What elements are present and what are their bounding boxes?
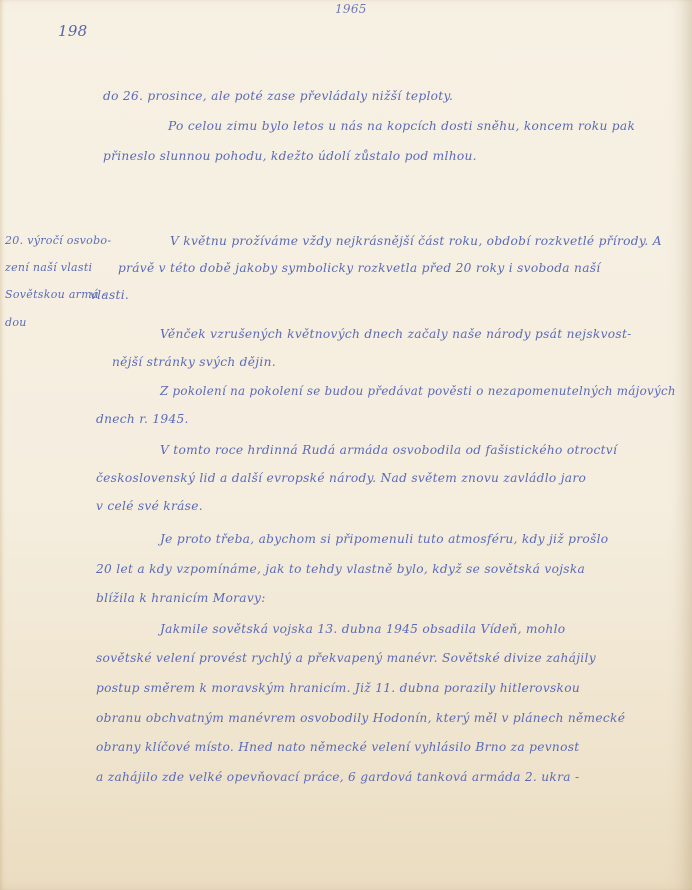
text-line: postup směrem k moravským hranicím. Již …: [96, 682, 580, 694]
text-line: obranu obchvatným manévrem osvobodily Ho…: [96, 712, 625, 724]
text-line: blížila k hranicím Moravy:: [96, 592, 266, 604]
margin-note-line: 20. výročí osvobo-: [5, 235, 111, 246]
text-line: Věnček vzrušených květnových dnech začal…: [160, 328, 632, 340]
margin-note-line: dou: [5, 317, 27, 328]
year-header: 1965: [335, 3, 367, 15]
text-line: V květnu prožíváme vždy nejkrásnější čás…: [170, 235, 662, 247]
text-line: československý lid a další evropské náro…: [96, 472, 586, 484]
text-line: Jakmile sovětská vojska 13. dubna 1945 o…: [160, 623, 565, 635]
text-line: právě v této době jakoby symbolicky rozk…: [118, 262, 601, 274]
text-line: Z pokolení na pokolení se budou předávat…: [160, 385, 676, 397]
text-line: Po celou zimu bylo letos u nás na kopcíc…: [168, 120, 635, 132]
text-line: Je proto třeba, abychom si připomenuli t…: [160, 533, 608, 545]
text-line: vlasti.: [90, 289, 129, 301]
handwritten-chronicle-page: 1965 198 20. výročí osvobo- zení naší vl…: [0, 0, 692, 890]
text-line: V tomto roce hrdinná Rudá armáda osvobod…: [160, 444, 617, 456]
text-line: a zahájilo zde velké opevňovací práce, 6…: [96, 771, 579, 783]
text-line: sovětské velení provést rychlý a překvap…: [96, 652, 596, 664]
text-line: nější stránky svých dějin.: [112, 356, 276, 368]
text-line: obrany klíčové místo. Hned nato německé …: [96, 741, 579, 753]
page-number: 198: [58, 24, 88, 39]
text-line: v celé své kráse.: [96, 500, 203, 512]
text-line: přineslo slunnou pohodu, kdežto údolí zů…: [103, 150, 477, 162]
text-line: do 26. prosince, ale poté zase převládal…: [103, 90, 453, 102]
text-line: dnech r. 1945.: [96, 413, 189, 425]
text-line: 20 let a kdy vzpomínáme, jak to tehdy vl…: [96, 563, 585, 575]
margin-note-line: zení naší vlasti: [5, 262, 92, 273]
